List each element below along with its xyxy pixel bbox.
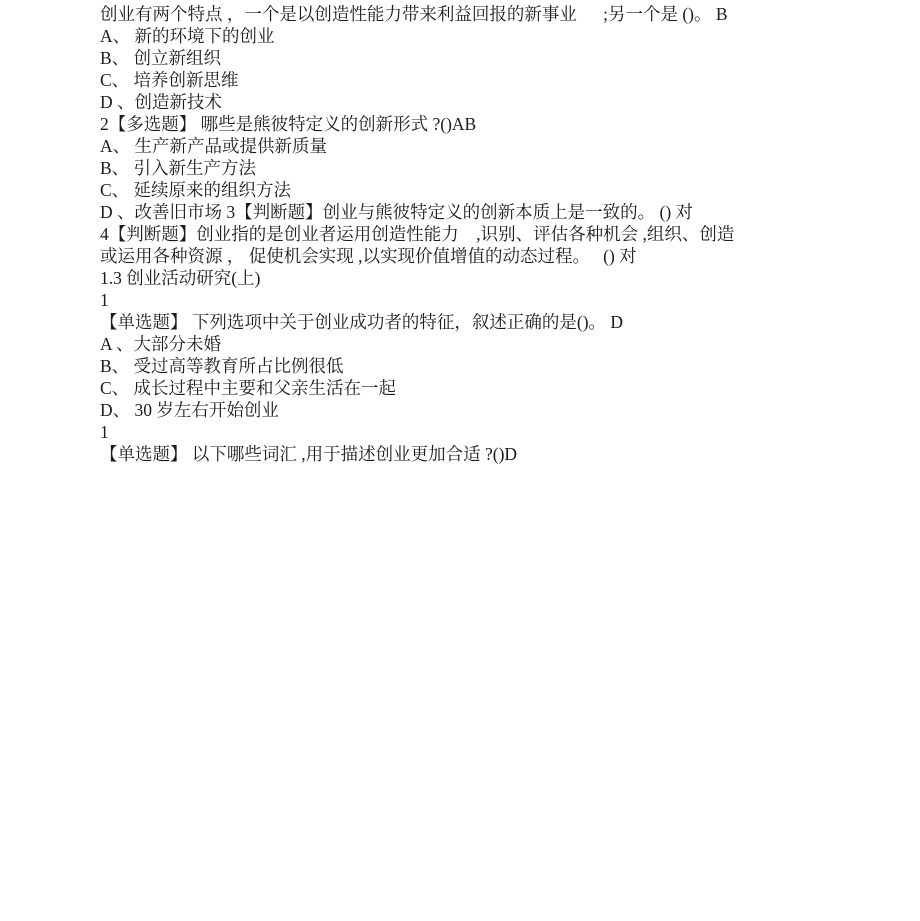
question-1-option-a: A、 新的环境下的创业 (100, 25, 890, 47)
question-number-2: 1 (100, 421, 890, 443)
question-4-text-line-1: 4【判断题】创业指的是创业者运用创造性能力 ,识别、评估各种机会 ,组织、创造 (100, 223, 890, 245)
question-5-text: 【单选题】 下列选项中关于创业成功者的特征，叙述正确的是()。 D (100, 311, 890, 333)
question-2-option-d-and-question-3: D 、改善旧市场 3【判断题】创业与熊彼特定义的创新本质上是一致的。 () 对 (100, 201, 890, 223)
question-2-option-c: C、 延续原来的组织方法 (100, 179, 890, 201)
section-heading: 1.3 创业活动研究(上) (100, 267, 890, 289)
question-5-option-d: D、 30 岁左右开始创业 (100, 399, 890, 421)
question-number: 1 (100, 289, 890, 311)
question-2-option-a: A、 生产新产品或提供新质量 (100, 135, 890, 157)
question-4-text-line-2: 或运用各种资源 ， 促使机会实现 ,以实现价值增值的动态过程。 () 对 (100, 245, 890, 267)
question-1-option-c: C、 培养创新思维 (100, 69, 890, 91)
question-6-text: 【单选题】 以下哪些词汇 ,用于描述创业更加合适 ?()D (100, 443, 890, 465)
question-2-text: 2【多选题】 哪些是熊彼特定义的创新形式 ?()AB (100, 113, 890, 135)
question-2-option-b: B、 引入新生产方法 (100, 157, 890, 179)
document-page: 创业有两个特点 ，一个是以创造性能力带来利益回报的新事业 ;另一个是 ()。 B… (100, 3, 890, 465)
question-5-option-b: B、 受过高等教育所占比例很低 (100, 355, 890, 377)
question-5-option-c: C、 成长过程中主要和父亲生活在一起 (100, 377, 890, 399)
question-1-option-b: B、 创立新组织 (100, 47, 890, 69)
question-1-option-d: D 、创造新技术 (100, 91, 890, 113)
question-5-option-a: A 、大部分未婚 (100, 333, 890, 355)
question-1-text: 创业有两个特点 ，一个是以创造性能力带来利益回报的新事业 ;另一个是 ()。 B (100, 3, 890, 25)
